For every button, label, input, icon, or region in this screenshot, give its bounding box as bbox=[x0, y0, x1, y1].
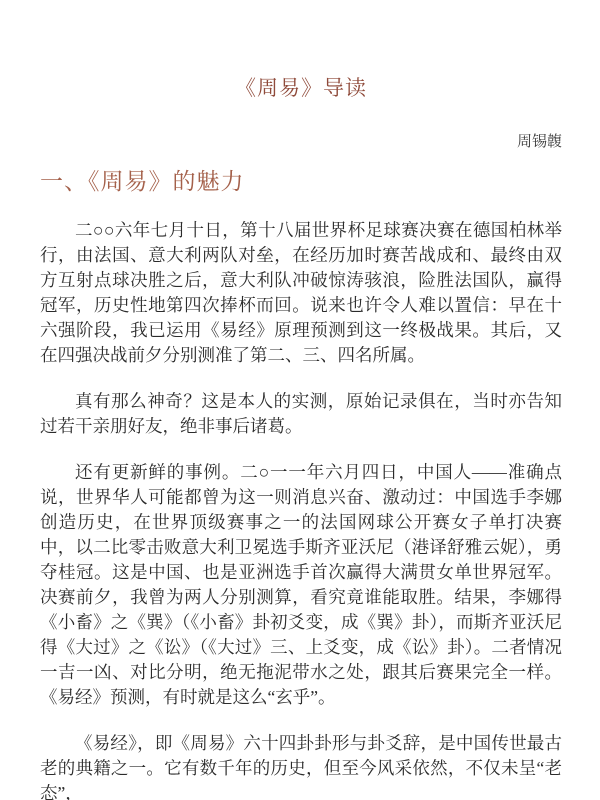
paragraph: 真有那么神奇？这是本人的实测，原始记录俱在，当时亦告知过若干亲朋好友，绝非事后诸… bbox=[40, 389, 562, 439]
author-name: 周锡䪖 bbox=[40, 131, 562, 153]
document-body: 二○○六年七月十日，第十八届世界杯足球赛决赛在德国柏林举行，由法国、意大利两队对… bbox=[40, 218, 562, 800]
document-page: 《周易》导读 周锡䪖 一、《周易》的魅力 二○○六年七月十日，第十八届世界杯足球… bbox=[0, 0, 600, 800]
paragraph: 二○○六年七月十日，第十八届世界杯足球赛决赛在德国柏林举行，由法国、意大利两队对… bbox=[40, 218, 562, 368]
document-title: 《周易》导读 bbox=[40, 0, 562, 102]
section-heading: 一、《周易》的魅力 bbox=[40, 167, 562, 197]
paragraph: 《易经》，即《周易》六十四卦卦形与卦爻辞，是中国传世最古老的典籍之一。它有数千年… bbox=[40, 731, 562, 800]
paragraph: 还有更新鲜的事例。二○一一年六月四日，中国人——准确点说，世界华人可能都曾为这一… bbox=[40, 460, 562, 710]
